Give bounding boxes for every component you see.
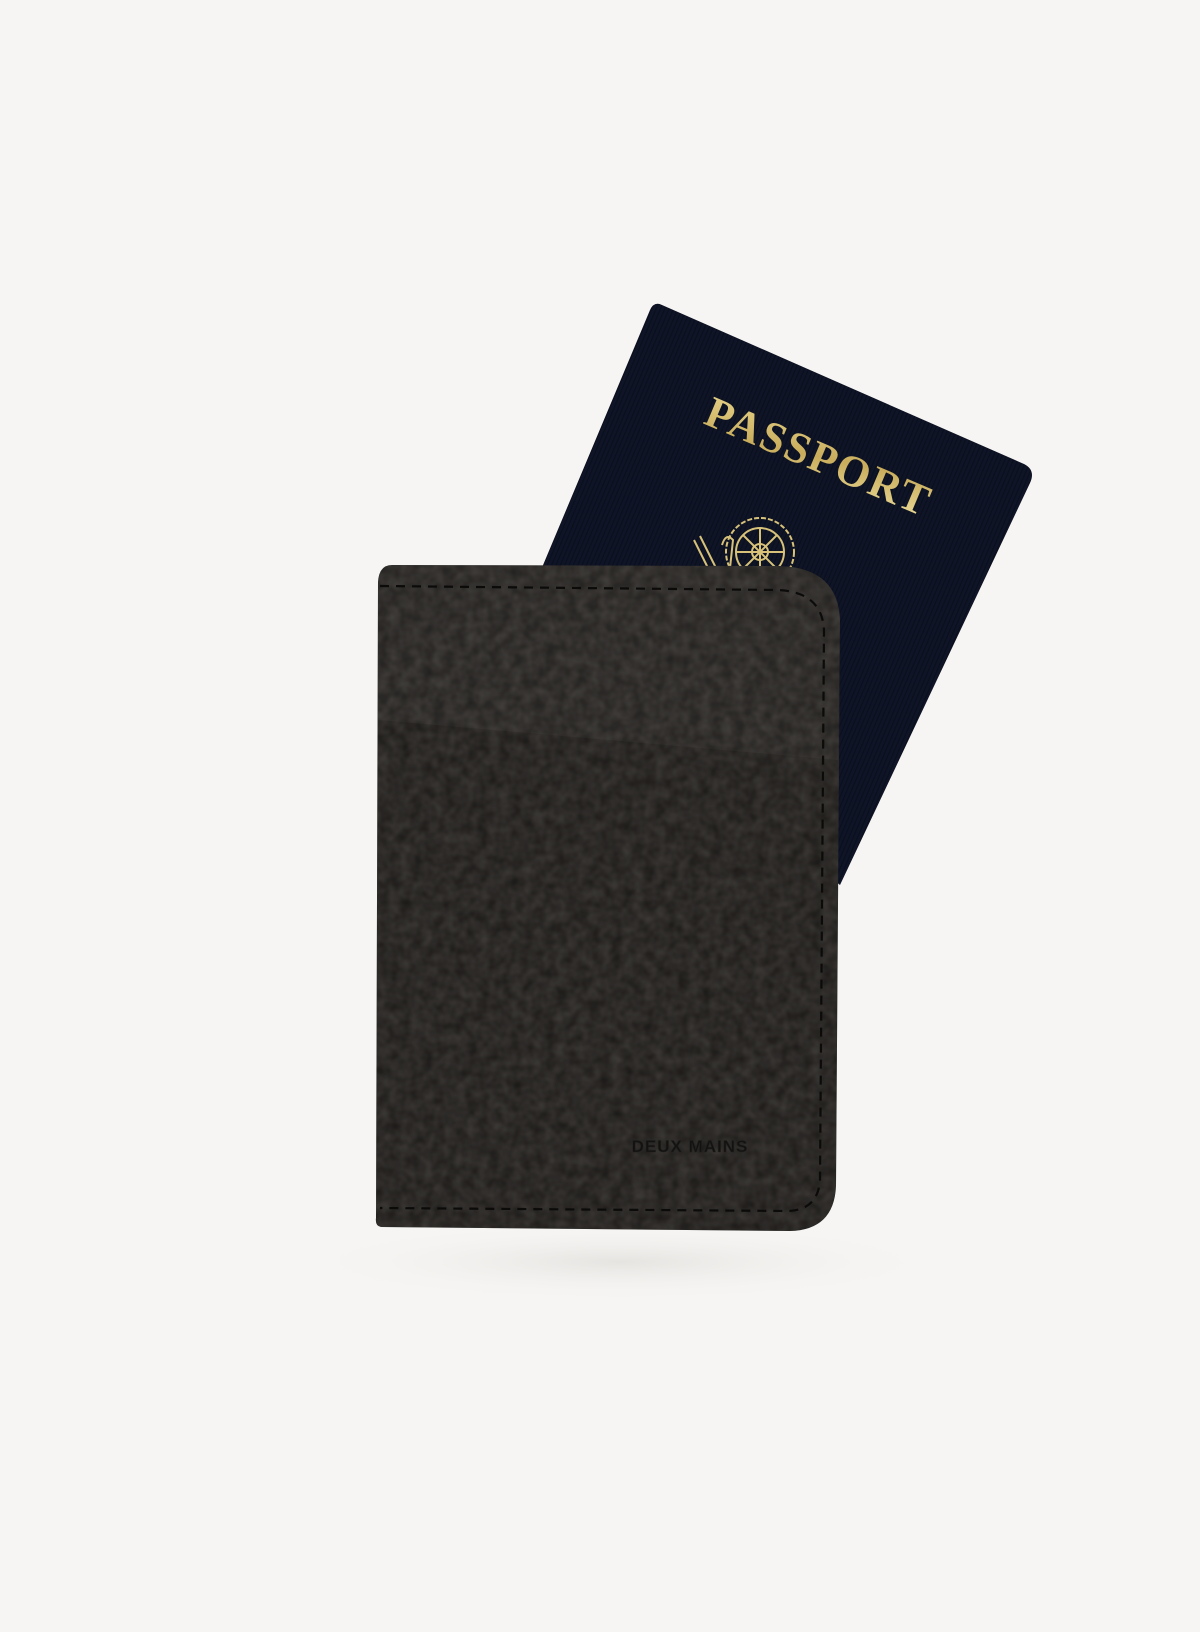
wallet-brand-deboss: DEUX MAINS <box>632 1137 749 1156</box>
product-illustration: PASSPORT DEUX MAINS <box>0 0 1200 1632</box>
floor-shadow <box>290 1222 950 1302</box>
product-photo: PASSPORT DEUX MAINS <box>0 0 1200 1632</box>
passport-holder-wallet: DEUX MAINS <box>376 565 840 1231</box>
